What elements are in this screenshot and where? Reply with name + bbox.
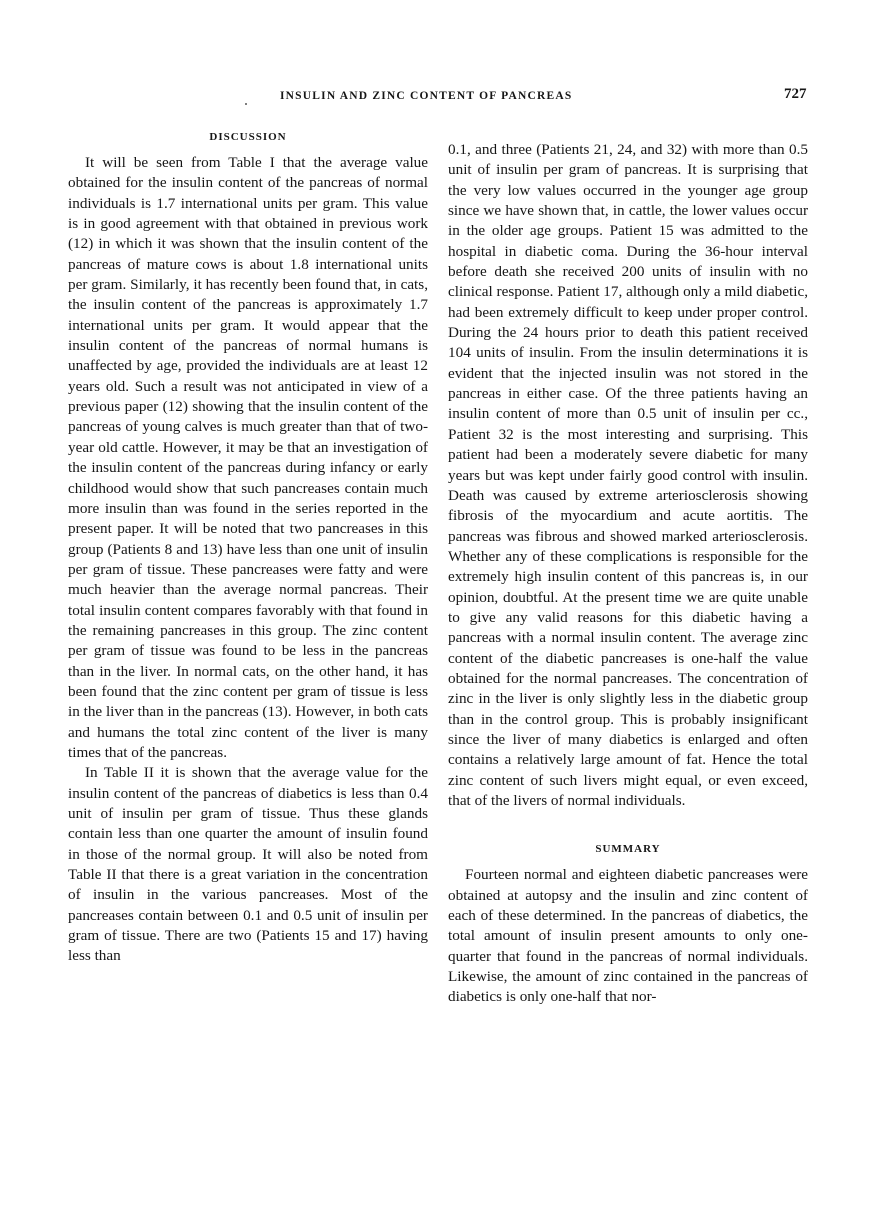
summary-heading: SUMMARY — [448, 839, 808, 859]
discussion-paragraph-2-continued: 0.1, and three (Patients 21, 24, and 32)… — [448, 140, 808, 811]
print-speck — [245, 103, 247, 105]
right-column: 0.1, and three (Patients 21, 24, and 32)… — [448, 140, 808, 1008]
running-title: INSULIN AND ZINC CONTENT OF PANCREAS — [280, 90, 573, 102]
page-number: 727 — [784, 86, 807, 103]
summary-paragraph-1: Fourteen normal and eighteen diabetic pa… — [448, 865, 808, 1007]
discussion-paragraph-1: It will be seen from Table I that the av… — [68, 153, 428, 763]
discussion-heading: DISCUSSION — [68, 127, 428, 147]
discussion-paragraph-2-start: In Table II it is shown that the average… — [68, 763, 428, 966]
left-column: DISCUSSION It will be seen from Table I … — [68, 127, 428, 967]
